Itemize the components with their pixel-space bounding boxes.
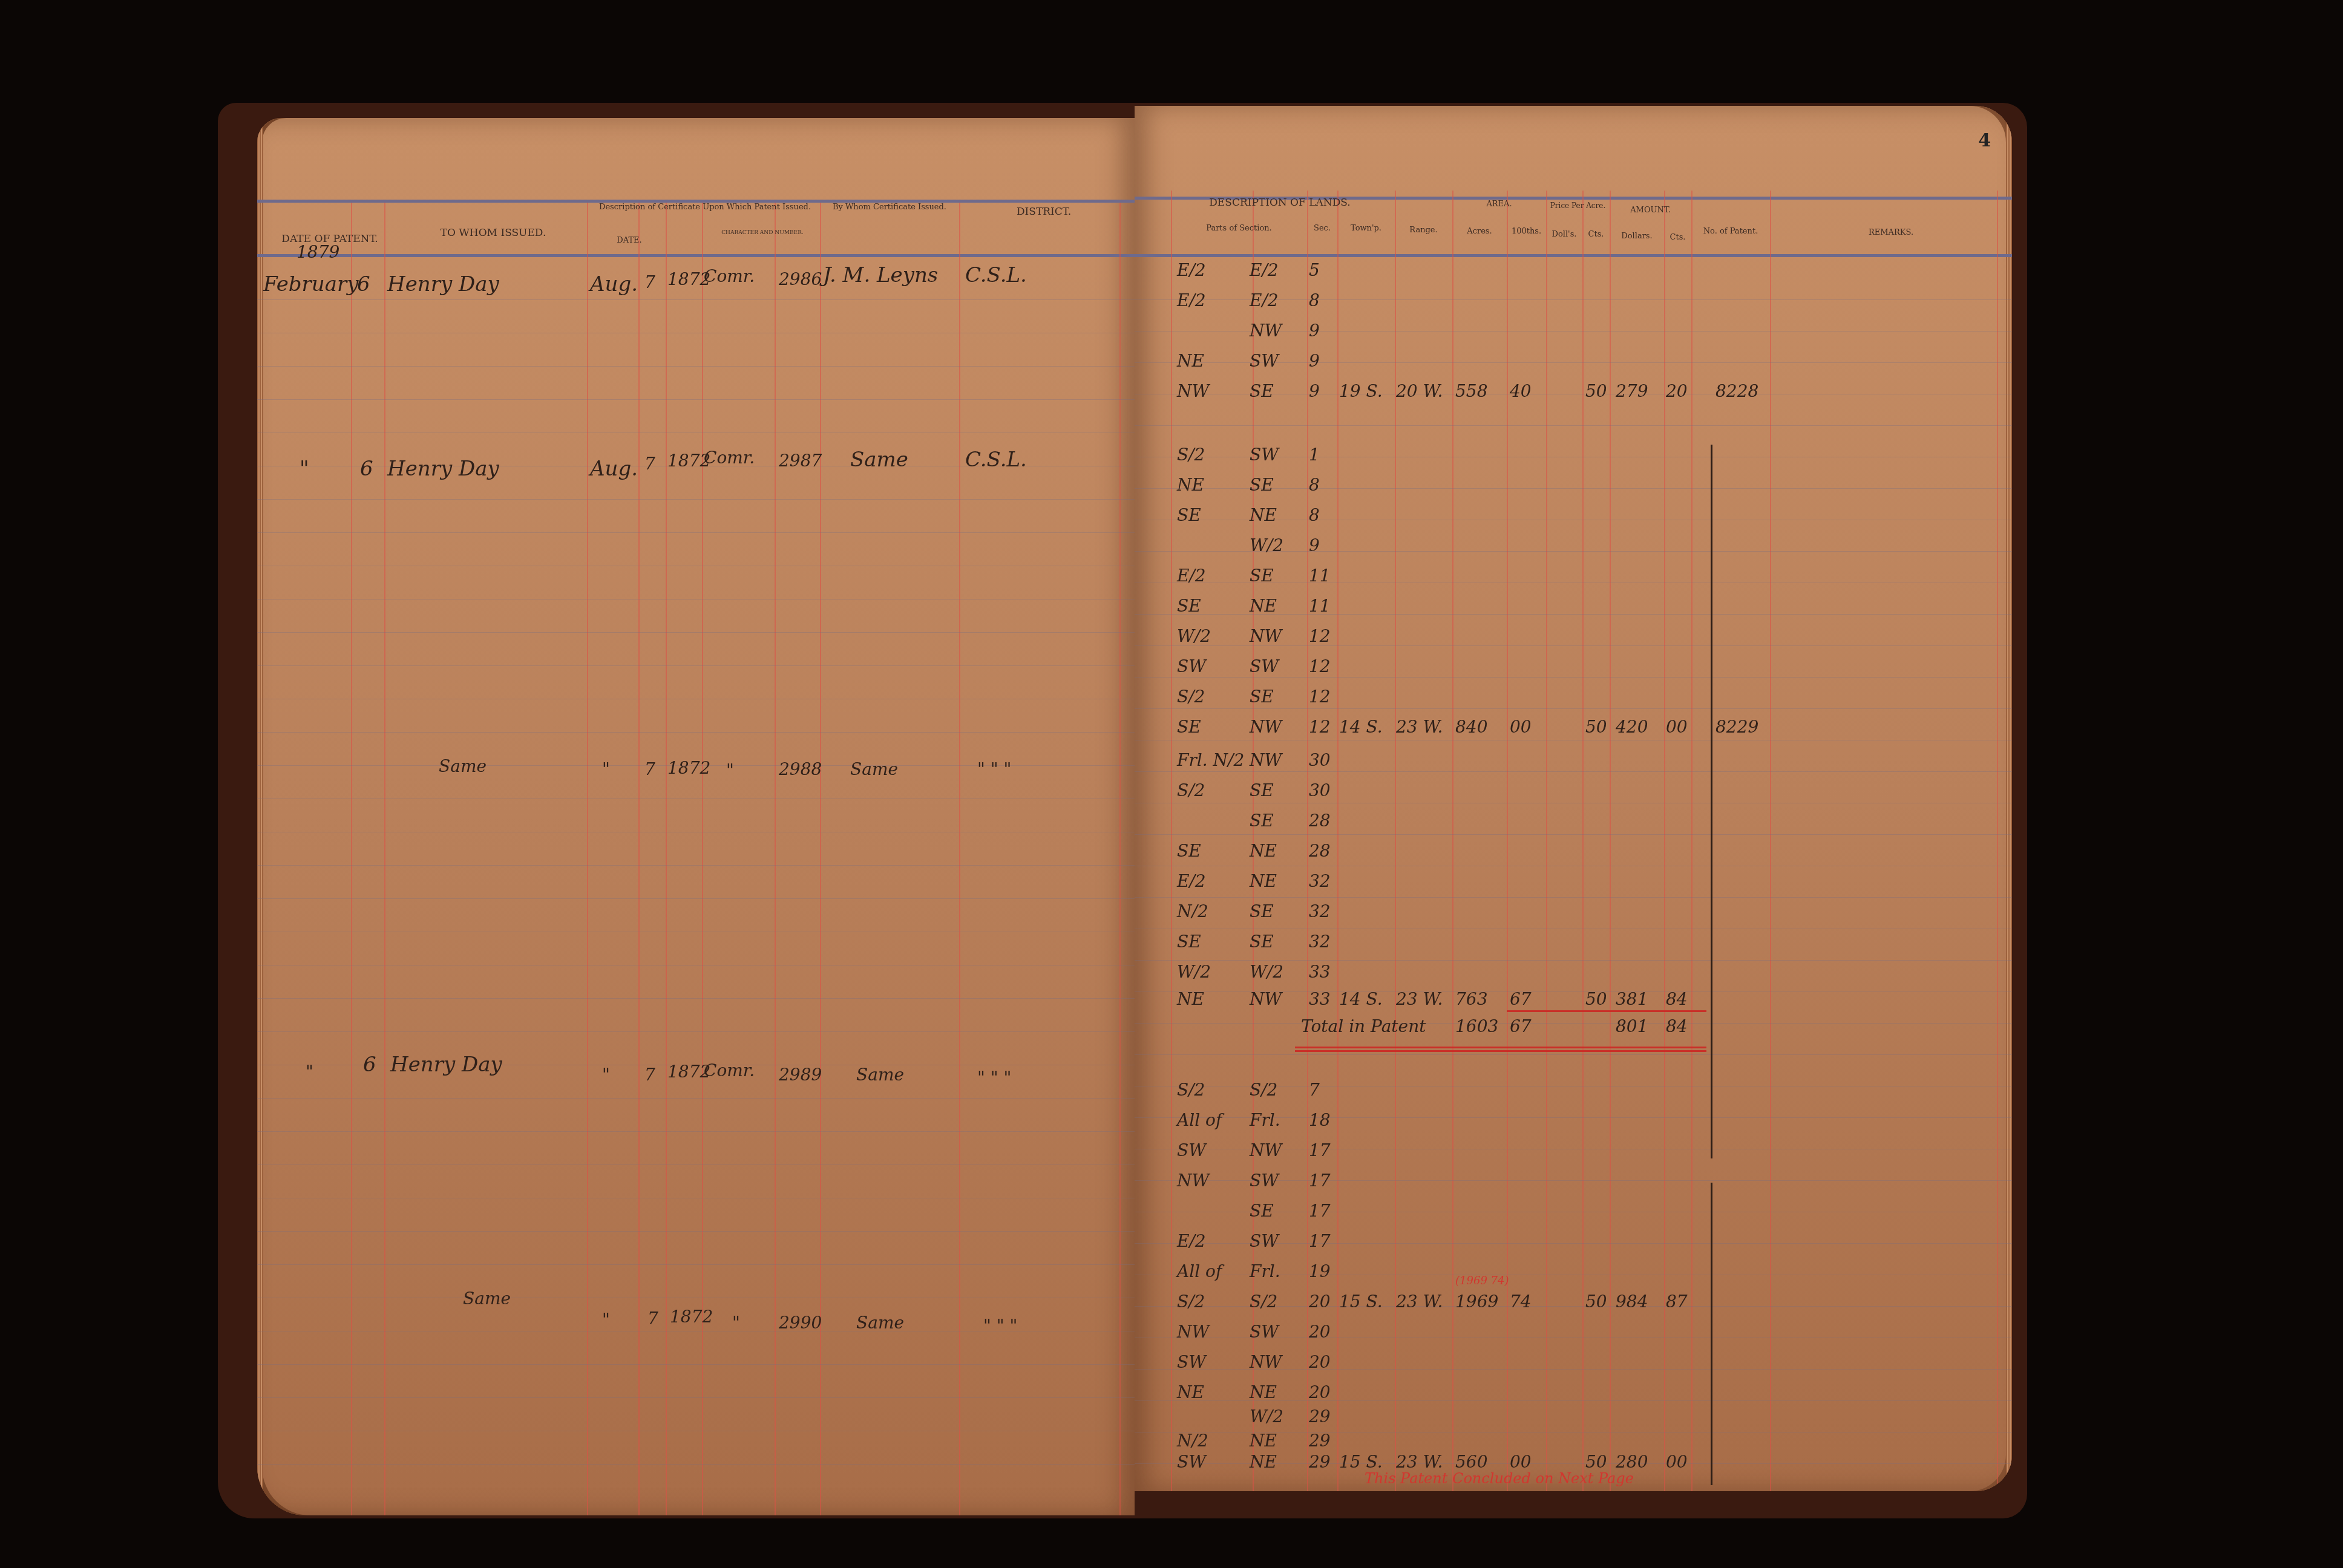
land-township: 19 S. <box>1339 381 1383 401</box>
land-township: 15 S. <box>1339 1292 1383 1312</box>
land-acres-hundredths: 40 <box>1510 381 1532 401</box>
land-price-cts: 50 <box>1585 381 1607 401</box>
land-amount-dollars: 279 <box>1616 381 1648 401</box>
header-range: Range. <box>1395 226 1452 235</box>
land-acres: 558 <box>1455 381 1487 401</box>
subtotal-underline <box>1507 1010 1706 1012</box>
land-price-cts: 50 <box>1585 717 1607 737</box>
acres-correction-note: (1969 74) <box>1455 1275 1509 1287</box>
land-patent-number: 8228 <box>1715 381 1758 401</box>
entry-cert-month: Aug. <box>590 272 638 296</box>
land-amount-dollars: 280 <box>1616 1452 1648 1472</box>
entry-day: 6 <box>363 1053 376 1077</box>
land-section: 5 <box>1309 260 1320 280</box>
land-part-2: SW <box>1250 1171 1279 1191</box>
entry-number: 2990 <box>779 1313 822 1333</box>
land-part-1: N/2 <box>1177 901 1208 921</box>
land-part-1: E/2 <box>1177 290 1206 310</box>
entry-by-whom: Same <box>856 1065 904 1085</box>
entry-number: 2986 <box>779 269 822 289</box>
land-section: 29 <box>1309 1452 1331 1472</box>
header-to-whom-issued: TO WHOM ISSUED. <box>415 227 572 239</box>
entry-character: Comr. <box>704 266 755 286</box>
land-section: 9 <box>1309 535 1320 555</box>
entry-cert-month: " <box>602 1310 610 1330</box>
land-acres: 1969 <box>1455 1292 1498 1312</box>
header-remarks: REMARKS. <box>1800 228 1982 237</box>
land-part-1: SE <box>1177 932 1201 952</box>
land-section: 30 <box>1309 780 1331 800</box>
land-part-2: SE <box>1250 780 1274 800</box>
header-cert-date: DATE. <box>596 236 663 245</box>
land-part-2: SE <box>1250 901 1274 921</box>
land-section: 32 <box>1309 932 1331 952</box>
land-part-2: NW <box>1250 989 1282 1009</box>
land-section: 20 <box>1309 1382 1331 1402</box>
land-section: 20 <box>1309 1352 1331 1372</box>
land-part-2: SE <box>1250 932 1274 952</box>
entry-by-whom: J. M. Leyns <box>823 263 938 287</box>
land-amount-dollars: 801 <box>1616 1016 1648 1036</box>
land-part-1: SE <box>1177 841 1201 861</box>
entry-cert-day: 7 <box>644 1065 655 1085</box>
land-part-1: W/2 <box>1177 962 1211 982</box>
land-section: 28 <box>1309 841 1331 861</box>
land-section: 29 <box>1309 1431 1331 1451</box>
entry-cert-day: 7 <box>644 272 655 292</box>
land-part-1: SE <box>1177 717 1201 737</box>
entry-district: C.S.L. <box>965 448 1027 472</box>
land-part-1: NE <box>1177 475 1204 495</box>
land-section: 29 <box>1309 1406 1331 1426</box>
land-part-1: NW <box>1177 1171 1209 1191</box>
entry-day: 6 <box>360 457 373 481</box>
land-part-1: W/2 <box>1177 626 1211 646</box>
land-acres: 560 <box>1455 1452 1487 1472</box>
entry-cert-year: 1872 <box>667 758 710 778</box>
land-price-cts: 50 <box>1585 989 1607 1009</box>
land-part-2: SW <box>1250 1231 1279 1251</box>
land-part-2: NW <box>1250 1352 1282 1372</box>
land-part-2: SE <box>1250 475 1274 495</box>
year: 1879 <box>297 242 339 262</box>
land-acres: 1603 <box>1455 1016 1498 1036</box>
entry-by-whom: Same <box>850 448 908 472</box>
land-section: 32 <box>1309 871 1331 891</box>
entry-name: Henry Day <box>387 457 499 481</box>
land-part-2: SW <box>1250 1322 1279 1342</box>
land-part-2: NE <box>1250 871 1277 891</box>
entry-month: February <box>263 272 359 296</box>
land-part-2: Frl. <box>1250 1261 1280 1281</box>
footer-note: This Patent Concluded on Next Page <box>1365 1470 1634 1487</box>
land-range: 23 W. <box>1396 717 1443 737</box>
entry-by-whom: Same <box>856 1313 904 1333</box>
entry-cert-month: " <box>602 759 610 779</box>
land-part-2: SW <box>1250 351 1279 371</box>
land-part-2: NE <box>1250 1382 1277 1402</box>
patent-bracket <box>1711 445 1712 1158</box>
land-range: 20 W. <box>1396 381 1443 401</box>
land-section: 11 <box>1309 596 1331 616</box>
land-township: 15 S. <box>1339 1452 1383 1472</box>
land-amount-dollars: 984 <box>1616 1292 1648 1312</box>
land-section: 17 <box>1309 1171 1331 1191</box>
land-section: 12 <box>1309 626 1331 646</box>
entry-name: Henry Day <box>390 1053 502 1077</box>
land-part-2: SE <box>1250 1201 1274 1221</box>
land-part-2: SE <box>1250 687 1274 707</box>
land-patent-number: 8229 <box>1715 717 1758 737</box>
header-certificate-group: Description of Certificate Upon Which Pa… <box>593 203 817 212</box>
entry-number: 2988 <box>779 759 822 779</box>
entry-character: " <box>726 760 734 780</box>
land-part-1: NE <box>1177 351 1204 371</box>
land-price-cts: 50 <box>1585 1292 1607 1312</box>
land-acres-hundredths: 74 <box>1510 1292 1532 1312</box>
land-part-2: W/2 <box>1250 962 1283 982</box>
entry-day: 6 <box>357 272 370 296</box>
land-range: 23 W. <box>1396 1292 1443 1312</box>
entry-month: " <box>306 1062 313 1082</box>
land-section: 28 <box>1309 811 1331 831</box>
entry-cert-day: 7 <box>644 454 655 474</box>
land-part-1: NE <box>1177 1382 1204 1402</box>
land-part-2: W/2 <box>1250 535 1283 555</box>
entry-number: 2989 <box>779 1065 822 1085</box>
land-section: 17 <box>1309 1231 1331 1251</box>
land-part-2: NW <box>1250 717 1282 737</box>
header-dolls: Doll's. <box>1546 230 1582 239</box>
land-part-2: Frl. <box>1250 1110 1280 1130</box>
total-underline <box>1295 1050 1706 1052</box>
header-price-per-acre: Price Per Acre. <box>1546 201 1610 210</box>
header-sec: Sec. <box>1307 224 1337 233</box>
land-part-2: E/2 <box>1250 260 1279 280</box>
land-section: 1 <box>1309 445 1320 465</box>
land-part-2: NE <box>1250 1452 1277 1472</box>
entry-character: Comr. <box>704 1060 755 1080</box>
land-acres-hundredths: 00 <box>1510 717 1532 737</box>
entry-district: " " " <box>977 1068 1011 1088</box>
land-part-2: SE <box>1250 566 1274 586</box>
land-part-1: S/2 <box>1177 780 1205 800</box>
land-section: 20 <box>1309 1292 1331 1312</box>
land-section: 30 <box>1309 750 1331 770</box>
land-section: 18 <box>1309 1110 1331 1130</box>
land-section: 9 <box>1309 351 1320 371</box>
entry-by-whom: Same <box>850 759 898 779</box>
land-section: 11 <box>1309 566 1331 586</box>
land-section: 17 <box>1309 1140 1331 1160</box>
land-acres-hundredths: 67 <box>1510 989 1532 1009</box>
page-edges <box>257 118 263 1515</box>
header-bottom-rule <box>1135 254 2012 257</box>
land-part-2: NE <box>1250 841 1277 861</box>
land-part-1: SW <box>1177 1452 1206 1472</box>
left-page: DATE OF PATENT. TO WHOM ISSUED. Descript… <box>257 118 1135 1515</box>
land-section: 20 <box>1309 1322 1331 1342</box>
entry-month: " <box>300 457 309 481</box>
header-parts-of-section: Parts of Section. <box>1171 224 1307 233</box>
land-part-1: N/2 <box>1177 1431 1208 1451</box>
land-part-2: SW <box>1250 656 1279 676</box>
land-amount-cts: 00 <box>1666 717 1688 737</box>
land-section: 8 <box>1309 475 1320 495</box>
land-section: 12 <box>1309 656 1331 676</box>
land-part-1: NW <box>1177 1322 1209 1342</box>
land-amount-cts: 00 <box>1666 1452 1688 1472</box>
land-part-1: SW <box>1177 1352 1206 1372</box>
land-amount-dollars: 381 <box>1616 989 1648 1009</box>
land-part-1: NW <box>1177 381 1209 401</box>
land-part-1: E/2 <box>1177 566 1206 586</box>
total-underline <box>1295 1047 1706 1048</box>
entry-name: Same <box>463 1289 511 1308</box>
total-label: Total in Patent <box>1301 1016 1426 1036</box>
header-township: Town'p. <box>1337 224 1395 233</box>
land-range: 23 W. <box>1396 1452 1443 1472</box>
page-edges <box>2006 106 2012 1491</box>
land-amount-dollars: 420 <box>1616 717 1648 737</box>
land-part-1: All of <box>1177 1110 1222 1130</box>
land-part-1: Frl. N/2 <box>1177 750 1244 770</box>
entry-name: Same <box>439 756 487 776</box>
land-part-2: NE <box>1250 505 1277 525</box>
header-district: DISTRICT. <box>977 206 1110 218</box>
header-cts: Cts. <box>1582 230 1610 239</box>
header-dollars: Dollars. <box>1610 232 1664 241</box>
entry-character: Comr. <box>704 448 755 468</box>
land-part-2: SE <box>1250 381 1274 401</box>
entry-district: " " " <box>977 759 1011 779</box>
land-part-2: W/2 <box>1250 1406 1283 1426</box>
land-part-2: S/2 <box>1250 1292 1277 1312</box>
land-range: 23 W. <box>1396 989 1443 1009</box>
land-part-2: E/2 <box>1250 290 1279 310</box>
land-acres-hundredths: 67 <box>1510 1016 1532 1036</box>
land-amount-cts: 84 <box>1666 1016 1688 1036</box>
land-amount-cts: 84 <box>1666 989 1688 1009</box>
land-acres: 840 <box>1455 717 1487 737</box>
land-part-2: NE <box>1250 1431 1277 1451</box>
right-page: 4 DESCRIPTION OF LANDS. Parts of Section… <box>1135 106 2012 1491</box>
header-bottom-rule <box>257 254 1135 257</box>
entry-district: C.S.L. <box>965 263 1027 287</box>
land-section: 8 <box>1309 505 1320 525</box>
entry-name: Henry Day <box>387 272 499 296</box>
land-acres-hundredths: 00 <box>1510 1452 1532 1472</box>
entry-cert-day: 7 <box>644 759 655 779</box>
land-part-2: SE <box>1250 811 1274 831</box>
header-amount: AMOUNT. <box>1610 206 1691 215</box>
entry-district: " " " <box>983 1316 1017 1336</box>
land-part-1: E/2 <box>1177 1231 1206 1251</box>
patent-bracket <box>1711 1183 1712 1485</box>
land-part-1: SE <box>1177 596 1201 616</box>
land-section: 32 <box>1309 901 1331 921</box>
page-number: 4 <box>1978 130 1991 151</box>
land-part-1: E/2 <box>1177 260 1206 280</box>
land-section: 33 <box>1309 962 1331 982</box>
land-part-1: S/2 <box>1177 687 1205 707</box>
entry-cert-month: Aug. <box>590 457 638 481</box>
entry-cert-year: 1872 <box>670 1307 713 1327</box>
land-price-cts: 50 <box>1585 1452 1607 1472</box>
land-part-1: S/2 <box>1177 1080 1205 1100</box>
entry-number: 2987 <box>779 451 822 471</box>
header-amount-cts: Cts. <box>1664 233 1691 242</box>
land-part-1: All of <box>1177 1261 1222 1281</box>
land-section: 19 <box>1309 1261 1331 1281</box>
land-part-1: SW <box>1177 656 1206 676</box>
land-part-1: SW <box>1177 1140 1206 1160</box>
land-section: 7 <box>1309 1080 1320 1100</box>
header-area: AREA. <box>1452 200 1546 209</box>
land-township: 14 S. <box>1339 989 1383 1009</box>
land-section: 9 <box>1309 321 1320 341</box>
land-part-2: NE <box>1250 596 1277 616</box>
land-part-1: NE <box>1177 989 1204 1009</box>
land-part-2: NW <box>1250 1140 1282 1160</box>
land-part-1: S/2 <box>1177 1292 1205 1312</box>
land-section: 12 <box>1309 687 1331 707</box>
header-cert-character: CHARACTER AND NUMBER. <box>705 230 820 236</box>
land-section: 12 <box>1309 717 1331 737</box>
land-acres: 763 <box>1455 989 1487 1009</box>
land-part-2: NW <box>1250 321 1282 341</box>
header-hundredths: 100ths. <box>1507 227 1546 236</box>
land-part-2: S/2 <box>1250 1080 1277 1100</box>
land-amount-cts: 87 <box>1666 1292 1688 1312</box>
entry-cert-month: " <box>602 1065 610 1085</box>
land-part-1: SE <box>1177 505 1201 525</box>
header-by-whom: By Whom Certificate Issued. <box>823 203 956 212</box>
land-part-1: E/2 <box>1177 871 1206 891</box>
header-no-of-patent: No. of Patent. <box>1691 227 1770 236</box>
land-section: 9 <box>1309 381 1320 401</box>
entry-cert-day: 7 <box>647 1308 658 1328</box>
header-description-of-lands: DESCRIPTION OF LANDS. <box>1171 197 1389 209</box>
land-part-2: NW <box>1250 750 1282 770</box>
land-section: 17 <box>1309 1201 1331 1221</box>
land-part-1: S/2 <box>1177 445 1205 465</box>
land-part-2: SW <box>1250 445 1279 465</box>
land-part-2: NW <box>1250 626 1282 646</box>
land-section: 33 <box>1309 989 1331 1009</box>
entry-character: " <box>732 1313 740 1333</box>
land-section: 8 <box>1309 290 1320 310</box>
land-amount-cts: 20 <box>1666 381 1688 401</box>
land-township: 14 S. <box>1339 717 1383 737</box>
header-acres: Acres. <box>1452 227 1507 236</box>
